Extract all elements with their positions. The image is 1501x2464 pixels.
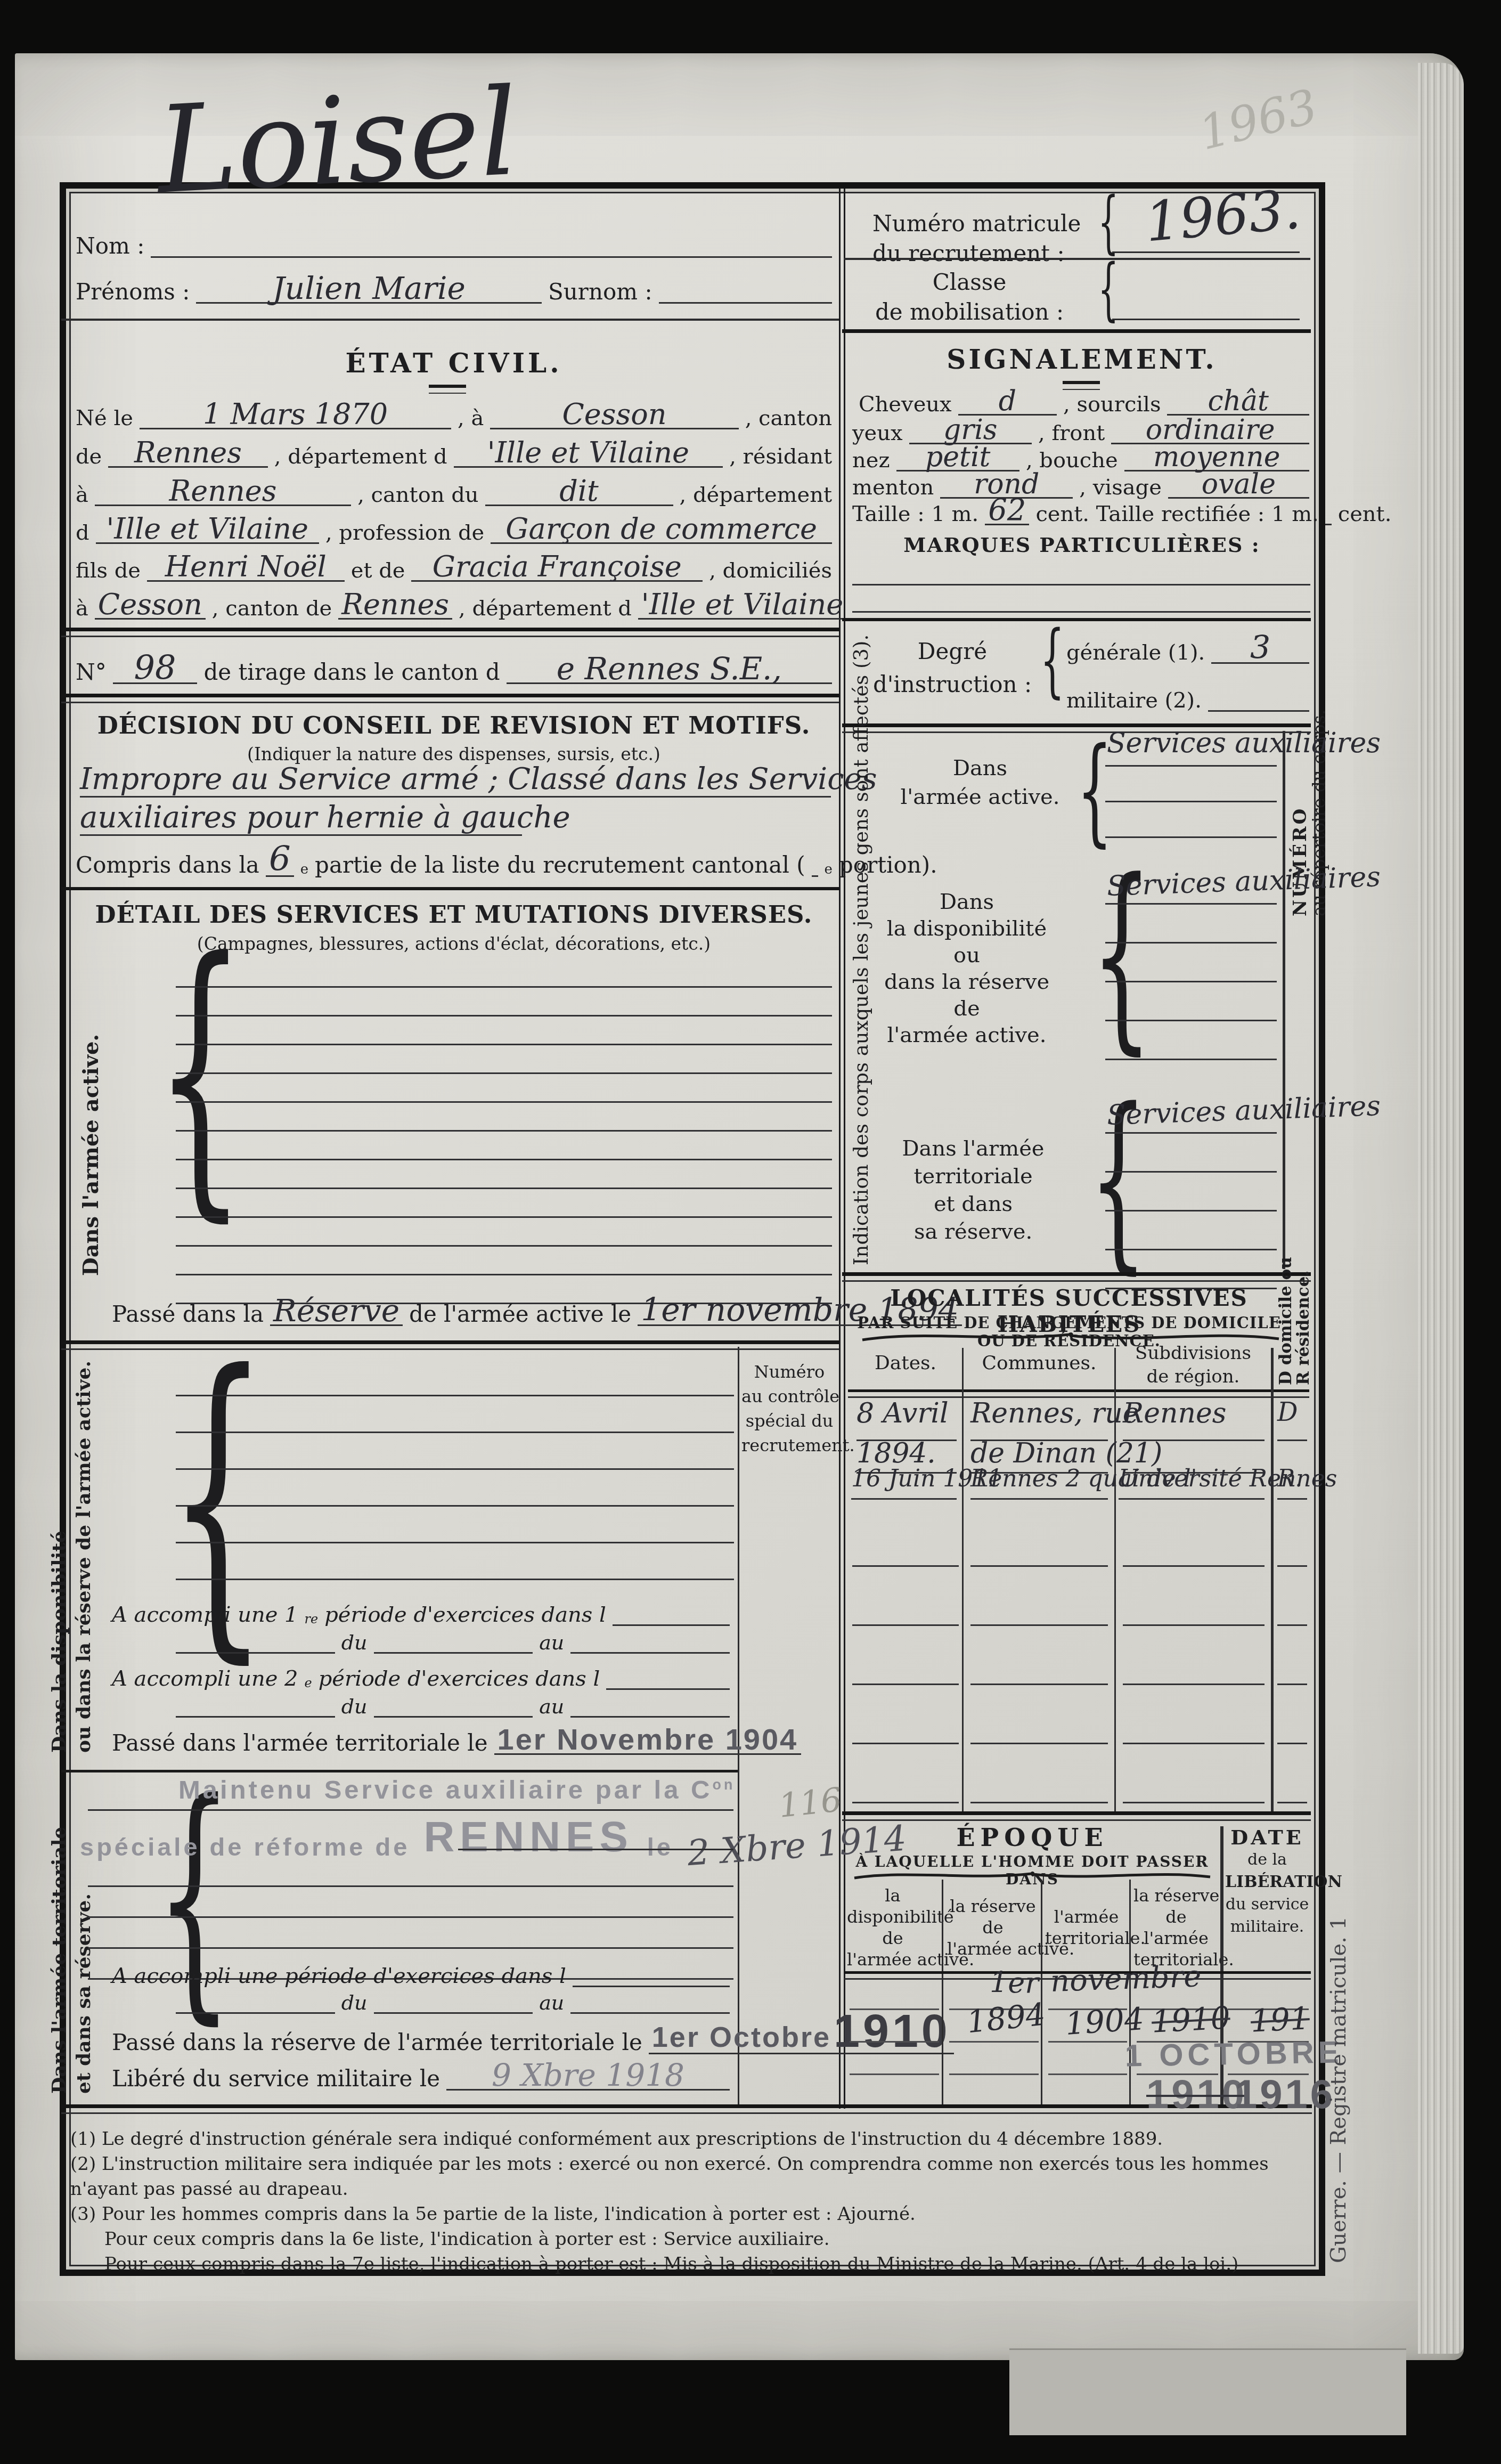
decision-title: DÉCISION DU CONSEIL DE REVISION ET MOTIF… <box>76 711 832 739</box>
value: Cesson <box>490 402 738 429</box>
value: Rennes <box>108 440 267 468</box>
surnom-label: Surnom : <box>548 280 652 304</box>
cell-date: 16 Juin 1911 <box>851 1468 957 1500</box>
label: de <box>76 445 102 468</box>
footnote-4: Pour ceux compris dans la 6e liste, l'in… <box>70 2227 1306 2252</box>
rule <box>844 258 1310 260</box>
label: DATE <box>1225 1826 1309 1849</box>
label: N° <box>76 661 107 684</box>
paper-stack-corner <box>1009 2348 1406 2435</box>
label: Dans l'armée territoriale <box>47 1827 71 2094</box>
ruled-line <box>176 959 832 988</box>
armee-active-lines <box>176 959 832 1304</box>
footnote-1: (1) Le degré d'instruction générale sera… <box>70 2127 1306 2152</box>
label: à <box>76 484 88 506</box>
label: la disponibilité <box>879 915 1055 942</box>
value: dit <box>485 478 673 506</box>
ruled-line <box>852 1685 959 1744</box>
handwriting: Rennes <box>134 436 242 469</box>
ruled-line <box>1105 1134 1277 1173</box>
ornament-swash <box>852 1869 1212 1882</box>
value <box>374 2012 533 2014</box>
classe-label-line2: de mobilisation : <box>874 297 1065 327</box>
label: de <box>847 1928 939 1949</box>
label: , sourcils <box>1063 393 1161 416</box>
ruled-line <box>1105 944 1277 982</box>
label: , front <box>1038 422 1105 444</box>
ruled-line <box>970 1567 1108 1626</box>
cheveux-row: Cheveux d , sourcils chât <box>859 388 1309 416</box>
periode-terr-row: A accompli une période d'exercices dans … <box>112 1958 730 1987</box>
ruled-line <box>176 1218 832 1247</box>
label: LIBÉRATION <box>1225 1871 1309 1893</box>
label: du service <box>1225 1893 1309 1916</box>
etat-line1: Né le 1 Mars 1870 , à Cesson , canton <box>76 399 832 429</box>
ruled-line <box>88 1887 733 1918</box>
value: 1 Mars 1870 <box>140 402 451 429</box>
stamp-sup: on <box>712 1777 735 1793</box>
value: Gracia Françoise <box>411 554 703 582</box>
ruled-line <box>1123 1744 1265 1803</box>
handwriting: 3 <box>1250 629 1270 666</box>
ruled-line <box>176 1470 734 1507</box>
signalement-title: SIGNALEMENT. <box>852 344 1311 375</box>
du-au-row2: du au <box>176 1692 730 1718</box>
label: l'armée active. <box>879 1022 1055 1048</box>
value <box>570 1652 730 1654</box>
side-label-disponibilite: Dans la disponibilité ou dans la réserve… <box>47 1361 96 1753</box>
label: du <box>341 1632 368 1654</box>
ruled-line <box>1277 1685 1307 1744</box>
cell-subdivision: Rennes <box>1123 1401 1265 1441</box>
ruled-line <box>1105 1021 1277 1060</box>
date-stamp: 1er Novembre 1904 <box>497 1722 798 1756</box>
value: Cesson <box>95 592 206 620</box>
rule <box>962 1348 964 1811</box>
degre-label: Degré d'instruction : <box>867 635 1038 701</box>
etat-line2: de Rennes , département d 'Ille et Vilai… <box>76 437 832 468</box>
label: Degré <box>867 635 1038 668</box>
rule <box>842 1811 1311 1821</box>
value: chât <box>1167 389 1309 416</box>
cell-dr: D <box>1277 1401 1307 1441</box>
periode2-row: A accompli une 2e période d'exercices da… <box>112 1660 730 1690</box>
label-sup: re <box>305 1613 319 1626</box>
rule <box>1112 251 1300 253</box>
handwriting: 'Ille et Vilaine <box>487 436 689 469</box>
label: du <box>341 1696 368 1718</box>
ruled-line <box>176 1016 832 1045</box>
label: spécial du <box>741 1409 837 1433</box>
epoque-col3-header: l'armée territoriale. <box>1045 1906 1128 1949</box>
ruled-line <box>970 1685 1108 1744</box>
label: , à <box>458 407 484 429</box>
label: , canton <box>745 407 832 429</box>
label: D domicile ou <box>1277 1257 1295 1385</box>
classe-label-line1: Classe <box>874 267 1065 297</box>
label: au <box>539 1993 564 2014</box>
corps-label-2: Dans la disponibilité ou dans la réserve… <box>879 889 1055 1048</box>
title-ornament <box>429 385 466 394</box>
value: ordinaire <box>1111 418 1309 444</box>
label: , canton de <box>212 597 332 620</box>
ruled-line <box>1123 1567 1265 1626</box>
nom-row: Nom : <box>76 212 832 258</box>
label: l'armée active. <box>847 1949 939 1970</box>
stamp-text: Maintenu Service auxiliaire par la C <box>178 1776 712 1804</box>
ruled-line <box>1105 1211 1277 1250</box>
label: Dans l'armée <box>891 1135 1056 1162</box>
ruled-line <box>1277 1744 1307 1803</box>
cell-subdivision: Université Rennes <box>1119 1468 1265 1500</box>
label: Né le <box>76 407 133 429</box>
label-sup: e <box>305 1677 312 1690</box>
rule <box>458 1849 733 1850</box>
label: , département d <box>459 597 632 620</box>
epoque-hw-1894: 1894 <box>966 2000 1047 2036</box>
passe-reserve-terr-row: Passé dans la réserve de l'armée territo… <box>112 2017 730 2054</box>
corps-hw-3: Services auxiliaires <box>1106 1094 1381 1128</box>
du-au-row: du au <box>176 1628 730 1654</box>
value <box>374 1652 533 1654</box>
table-row: R. <box>1277 1468 1307 1500</box>
label: l'armée <box>1045 1906 1128 1928</box>
cell-commune: Rennes, rue <box>970 1401 1108 1441</box>
corps-hw-1: Services auxiliaires <box>1107 731 1381 756</box>
footnote-2: (2) L'instruction militaire sera indiqué… <box>70 2152 1306 2202</box>
rule <box>842 329 1311 333</box>
ruled-line <box>176 1396 734 1433</box>
registre-matricule-margin: Guerre. — Registre matricule. 1 <box>1327 1916 1350 2263</box>
decision-handwriting-2: auxiliaires pour hernie à gauche <box>80 804 522 836</box>
label: la réserve <box>947 1896 1039 1917</box>
label: de région. <box>1119 1365 1268 1388</box>
empty-rows-subdivisions <box>1123 1508 1265 1803</box>
ruled-line <box>970 1508 1108 1567</box>
marques-title: MARQUES PARTICULIÈRES : <box>852 533 1311 557</box>
etat-line6: à Cesson , canton de Rennes , départemen… <box>76 589 832 620</box>
compris-row: Compris dans la 6 e partie de la liste d… <box>76 846 832 877</box>
footnotes: (1) Le degré d'instruction générale sera… <box>70 2127 1306 2277</box>
handwriting: dit <box>559 474 599 508</box>
label: l'armée <box>1133 1928 1219 1949</box>
col-header-dates: Dates. <box>852 1353 959 1373</box>
cell-dr: R. <box>1277 1468 1307 1500</box>
matricule-label-line1: Numéro matricule <box>872 209 1081 239</box>
handwriting: 'Ille et Vilaine <box>107 512 308 546</box>
ruled-line <box>176 1132 832 1160</box>
col-header-subdivisions: Subdivisions de région. <box>1119 1341 1268 1388</box>
value: 9 Xbre 1918 <box>446 2061 730 2091</box>
label: militaire (2). <box>1066 689 1202 712</box>
table-row: Université Rennes <box>1119 1468 1265 1500</box>
rule <box>61 694 839 703</box>
maintenu-stamp-line1: Maintenu Service auxiliaire par la Con <box>178 1775 735 1805</box>
label: Passé dans la réserve de l'armée territo… <box>112 2031 642 2054</box>
label-sup: e <box>825 863 833 877</box>
matricule-brace: { <box>1098 195 1119 249</box>
label-sup: e <box>300 863 308 877</box>
footnote-5: Pour ceux compris dans la 7e liste, l'in… <box>70 2252 1306 2277</box>
label: disponibilité <box>847 1906 939 1928</box>
empty-rows-dr <box>1277 1508 1307 1803</box>
label: Subdivisions <box>1119 1341 1268 1365</box>
controle-special-label: Numéro au contrôle spécial du recrutemen… <box>741 1360 837 1458</box>
ruled-line <box>1123 1685 1265 1744</box>
pencil-number: 116 <box>777 1785 843 1821</box>
side-label-armee-active: Dans l'armée active. <box>80 1034 102 1276</box>
ruled-line <box>1123 1626 1265 1685</box>
epoque-hw-191-struck: 191 <box>1250 2004 1310 2035</box>
label: cent. <box>1338 503 1392 525</box>
value <box>570 1716 730 1718</box>
etat-line3: à Rennes , canton du dit , département <box>76 475 832 506</box>
label: d'instruction : <box>867 668 1038 701</box>
label: et de <box>351 559 405 582</box>
ruled-line <box>176 1507 734 1543</box>
matricule-value: 1963. <box>1144 185 1303 247</box>
ruled-line <box>1105 982 1277 1021</box>
label: au <box>539 1632 564 1654</box>
rule <box>61 887 839 890</box>
epoque-date-header: DATE de la LIBÉRATION du service militai… <box>1225 1826 1309 1938</box>
handwriting: Cesson <box>562 397 666 431</box>
value <box>176 1652 335 1654</box>
label: , département d <box>274 445 447 468</box>
ruled-line <box>852 585 1310 613</box>
value: 3 <box>1211 633 1309 664</box>
ruled-line <box>176 1045 832 1074</box>
value: ovale <box>1168 472 1309 499</box>
ruled-line <box>176 1160 832 1189</box>
label: menton <box>852 476 934 499</box>
periode1-row: A accompli une 1re période d'exercices d… <box>112 1596 730 1626</box>
ruled-line <box>176 1360 734 1396</box>
ruled-line <box>852 1744 959 1803</box>
decision-handwriting-1: Impropre au Service armé ; Classé dans l… <box>80 766 831 798</box>
handwriting: 98 <box>134 648 176 687</box>
rule <box>1112 319 1300 320</box>
handwriting: 6 <box>269 840 291 879</box>
label: nez <box>852 449 890 471</box>
handwriting: Henri Noël <box>165 550 327 583</box>
value <box>606 1688 730 1690</box>
label: Dans <box>895 754 1065 783</box>
nom-line <box>151 256 832 258</box>
classe-label: Classe de mobilisation : <box>874 267 1065 327</box>
etat-civil-title: ÉTAT CIVIL. <box>76 347 832 379</box>
value: 62 <box>985 497 1029 525</box>
label: , bouche <box>1026 449 1118 471</box>
matricule-label-line2: du recrutement : <box>872 239 1081 269</box>
ruled-line <box>176 1247 832 1275</box>
value: Rennes <box>95 478 351 506</box>
rule <box>88 1809 733 1811</box>
value <box>573 1986 730 1987</box>
ruled-line <box>176 1189 832 1218</box>
table-row: 16 Juin 1911 <box>851 1468 957 1500</box>
value: 'Ille et Vilaine <box>96 516 319 544</box>
prenoms-label: Prénoms : <box>76 280 190 304</box>
value: Réserve <box>270 1297 403 1326</box>
handwriting: e Rennes S.E., <box>557 650 782 687</box>
menton-row: menton rond , visage ovale <box>852 471 1309 499</box>
handwriting: Réserve <box>273 1292 399 1329</box>
label: A accompli une période d'exercices dans … <box>112 1965 566 1987</box>
generale-row: générale (1). 3 <box>1066 635 1309 664</box>
nom-label: Nom : <box>76 234 144 258</box>
ruled-line <box>970 1744 1108 1803</box>
empty-rows-dates <box>852 1508 959 1803</box>
epoque-title: ÉPOQUE <box>844 1823 1220 1852</box>
handwriting: Gracia Françoise <box>433 550 682 583</box>
value: moyenne <box>1124 445 1309 471</box>
rule <box>942 1880 943 2104</box>
rule <box>61 628 839 637</box>
label: au contrôle <box>741 1384 837 1409</box>
book-page-edges <box>1418 63 1464 2354</box>
label: , canton du <box>357 484 478 506</box>
label: ou dans la réserve de l'armée active. <box>71 1361 96 1753</box>
label: Taille : 1 m. <box>852 503 978 525</box>
label: de tirage dans le canton d <box>203 661 500 684</box>
label: à <box>76 597 88 620</box>
label: dans la réserve <box>879 969 1055 995</box>
libere-row: Libéré du service militaire le 9 Xbre 19… <box>112 2058 730 2091</box>
epoque-stamp-1910: 1910 <box>1146 2071 1247 2118</box>
nez-row: nez petit , bouche moyenne <box>852 444 1309 471</box>
label: période d'exercices dans l <box>319 1668 600 1690</box>
value: Henri Noël <box>147 554 345 582</box>
ruled-line <box>176 988 832 1016</box>
epoque-hw-novembre: novembre <box>1050 1963 1202 1995</box>
ruled-line <box>1277 1626 1307 1685</box>
label: de <box>1133 1906 1219 1928</box>
epoque-col4-header: la réserve de l'armée territoriale. <box>1133 1885 1219 1970</box>
label: ou <box>879 942 1055 969</box>
value: 98 <box>113 653 198 684</box>
rule <box>848 1389 1309 1398</box>
label: de la <box>1225 1849 1309 1871</box>
marques-lines <box>852 558 1310 613</box>
yeux-row: yeux gris , front ordinaire <box>852 417 1309 444</box>
value <box>176 2012 335 2014</box>
ruled-line <box>970 1626 1108 1685</box>
prenoms-value: Julien Marie <box>196 274 542 304</box>
ruled-line <box>1105 767 1277 802</box>
date-stamp: 1er Octobre <box>652 2021 831 2053</box>
label: territoriale. <box>1045 1928 1128 1949</box>
stamp-city: RENNES <box>423 1812 633 1861</box>
value: e Rennes S.E., <box>507 655 832 684</box>
label: A accompli une 2 <box>112 1668 298 1690</box>
table-row: Rennes 2 quai de l' <box>970 1468 1108 1500</box>
table-row: Rennes <box>1123 1401 1265 1474</box>
label: R résidence. <box>1295 1257 1312 1385</box>
label: Dans la disponibilité <box>47 1361 71 1753</box>
side-label-corps: Indication des corps auxquels les jeunes… <box>851 635 872 1265</box>
label: , domiciliés <box>709 559 832 582</box>
epoque-col2-header: la réserve de l'armée active. <box>947 1896 1039 1959</box>
handwriting: Garçon de commerce <box>505 512 817 546</box>
corps-label-1: Dans l'armée active. <box>895 754 1065 811</box>
label: partie de la liste du recrutement canton… <box>315 853 805 877</box>
handwriting: 1 Mars 1870 <box>203 397 388 431</box>
value: d <box>958 389 1057 416</box>
label: militaire. <box>1225 1916 1309 1938</box>
handwriting: chât <box>1208 385 1269 417</box>
label: , résidant <box>729 445 832 468</box>
label: du <box>341 1993 368 2014</box>
value: Garçon de commerce <box>491 516 832 544</box>
label: territoriale <box>891 1162 1056 1190</box>
value: Rennes <box>338 592 452 620</box>
label: et dans <box>891 1190 1056 1218</box>
surnom-line <box>659 302 832 304</box>
empty-rows-communes <box>970 1508 1108 1803</box>
label: , profession de <box>325 522 484 544</box>
disponibilite-lines <box>176 1360 734 1580</box>
col-header-domicile-residence: D domicile ou R résidence. <box>1277 1257 1312 1385</box>
ruled-line <box>88 1856 733 1887</box>
du-au-row3: du au <box>176 1989 730 2014</box>
etat-line5: fils de Henri Noël et de Gracia François… <box>76 551 832 582</box>
handwriting: 62 <box>988 493 1026 527</box>
label: cent. Taille rectifiée : 1 m. <box>1035 503 1318 525</box>
ruled-line <box>176 1543 734 1580</box>
label: Libéré du service militaire le <box>112 2067 440 2091</box>
handwriting: Cesson <box>98 588 202 621</box>
ruled-line <box>1123 1508 1265 1567</box>
label: Dans <box>879 889 1055 915</box>
value <box>374 1716 533 1718</box>
ruled-line <box>176 1433 734 1470</box>
handwriting: Rennes <box>341 588 449 621</box>
label: d <box>76 522 89 544</box>
rule <box>1041 1880 1042 2104</box>
handwriting: 'Ille et Vilaine <box>641 588 843 621</box>
ruled-line <box>852 558 1310 585</box>
value <box>812 875 818 877</box>
ruled-line <box>852 1508 959 1567</box>
ruled-line <box>176 1074 832 1103</box>
value: gris <box>909 418 1032 444</box>
degre-brace: { <box>1040 629 1065 693</box>
ruled-line <box>852 1567 959 1626</box>
table-row: D <box>1277 1401 1307 1441</box>
militaire-row: militaire (2). <box>1066 683 1309 712</box>
ruled-line <box>1105 802 1277 838</box>
ruled-line <box>852 1626 959 1685</box>
label: Compris dans la <box>76 853 259 877</box>
rule <box>1271 1348 1274 1811</box>
label: période d'exercices dans l <box>324 1604 606 1626</box>
ruled-line <box>1105 1173 1277 1211</box>
scan-photo: 1963 Loisel Nom : Prénoms : Julien Marie… <box>0 0 1501 2464</box>
table-row: 8 Avril 1894. <box>856 1401 957 1474</box>
rule <box>1283 731 1285 1269</box>
epoque-col1-header: la disponibilité de l'armée active. <box>847 1885 939 1970</box>
value: 'Ille et Vilaine <box>454 440 723 468</box>
table-row: Rennes, rue de Dinan (21) <box>970 1401 1108 1474</box>
label: yeux <box>852 422 903 444</box>
label: de l'armée active le <box>409 1303 631 1326</box>
label: l'armée active. <box>895 783 1065 811</box>
ruled-line <box>1277 1508 1307 1567</box>
handwriting: Rennes <box>169 474 277 508</box>
label: fils de <box>76 559 141 582</box>
handwriting: ovale <box>1202 468 1276 500</box>
